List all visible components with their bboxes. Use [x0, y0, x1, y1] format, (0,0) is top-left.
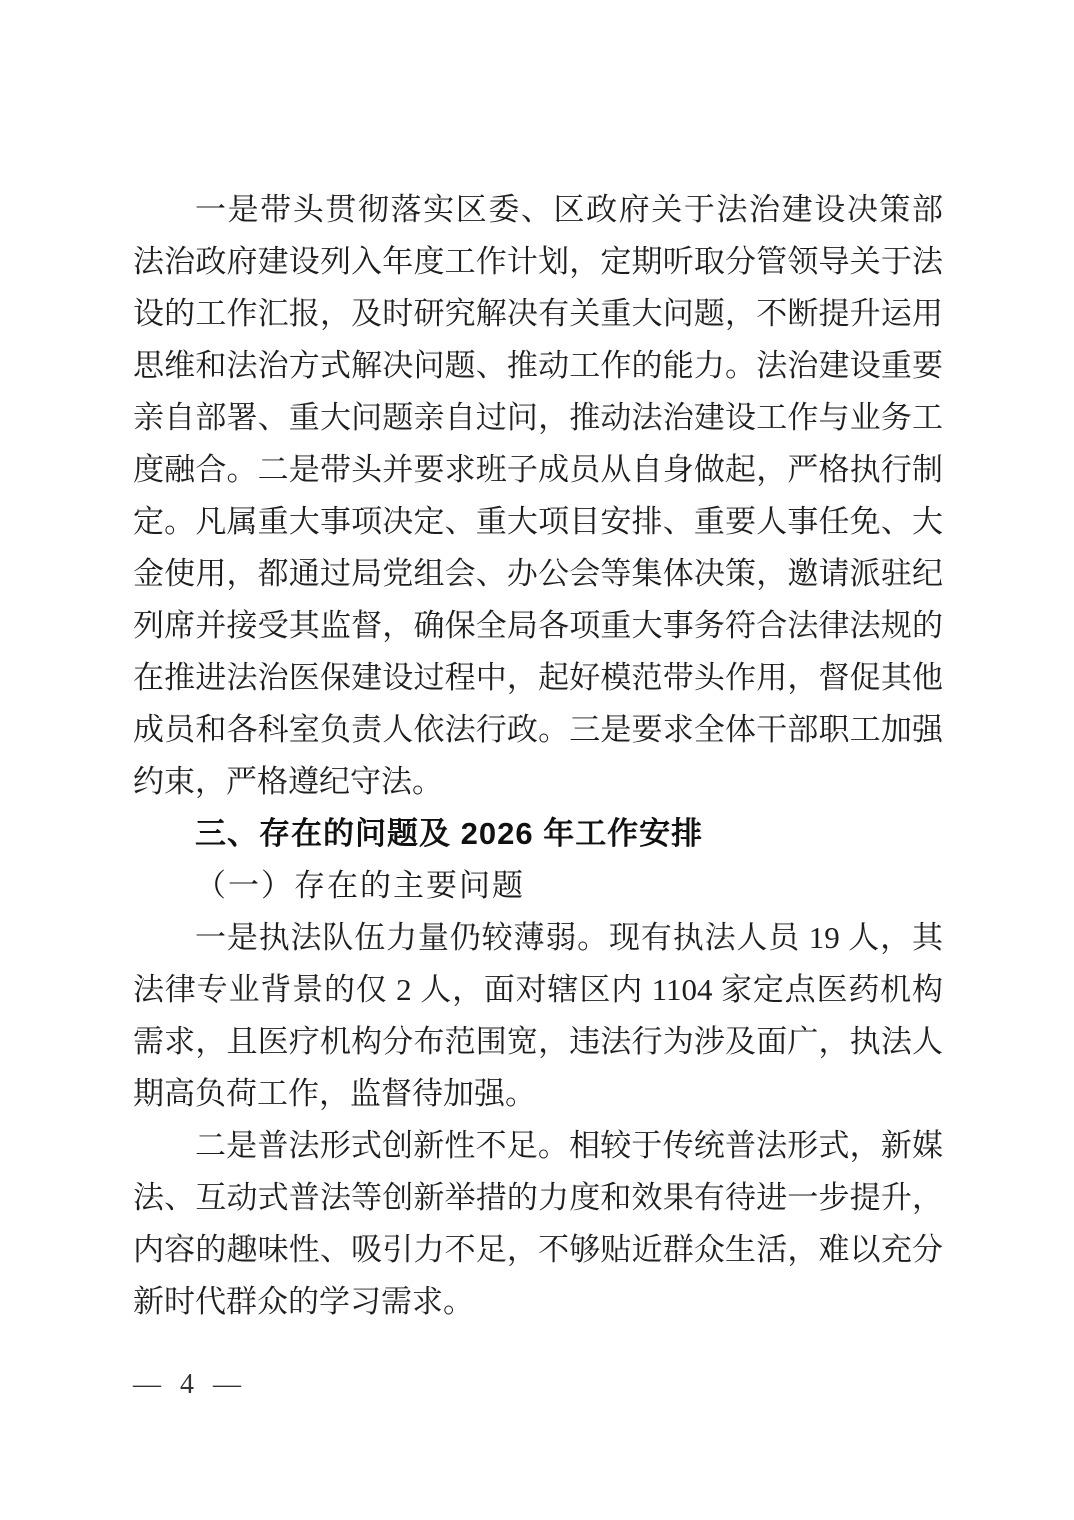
- heading2-text: （一）存在的主要问题: [133, 860, 943, 912]
- paragraph-line: 金使用，都通过局党组会、办公会等集体决策，邀请派驻纪检组: [133, 548, 943, 600]
- paragraph: 一是带头贯彻落实区委、区政府关于法治建设决策部署，将法治政府建设列入年度工作计划…: [133, 184, 943, 808]
- paragraph: 一是执法队伍力量仍较薄弱。现有执法人员 19 人，其中具有法律专业背景的仅 2 …: [133, 912, 943, 1120]
- paragraph-line: 期高负荷工作，监督待加强。: [133, 1068, 943, 1120]
- paragraph-line: 成员和各科室负责人依法行政。三是要求全体干部职工加强自我: [133, 704, 943, 756]
- paragraph-line: 一是执法队伍力量仍较薄弱。现有执法人员 19 人，其中具有: [133, 912, 943, 964]
- paragraph-line: 法律专业背景的仅 2 人，面对辖区内 1104 家定点医药机构的监管: [133, 964, 943, 1016]
- paragraph-line: 亲自部署、重大问题亲自过问，推动法治建设工作与业务工作深: [133, 392, 943, 444]
- page-number: — 4 —: [133, 1362, 247, 1408]
- paragraph-line: 二是普法形式创新性不足。相较于传统普法形式，新媒体普: [133, 1120, 943, 1172]
- paragraph-line: 定。凡属重大事项决定、重大项目安排、重要人事任免、大额资: [133, 496, 943, 548]
- paragraph-line: 新时代群众的学习需求。: [133, 1276, 943, 1328]
- document-page: 一是带头贯彻落实区委、区政府关于法治建设决策部署，将法治政府建设列入年度工作计划…: [0, 0, 1074, 1520]
- paragraph-line: 一是带头贯彻落实区委、区政府关于法治建设决策部署，将: [133, 184, 943, 236]
- paragraph-line: 法治政府建设列入年度工作计划，定期听取分管领导关于法治建: [133, 236, 943, 288]
- paragraph-line: 法、互动式普法等创新举措的力度和效果有待进一步提升，普法: [133, 1172, 943, 1224]
- document-body: 一是带头贯彻落实区委、区政府关于法治建设决策部署，将法治政府建设列入年度工作计划…: [133, 184, 943, 1328]
- heading1: 三、存在的问题及 2026 年工作安排: [133, 808, 943, 860]
- heading1-text: 三、存在的问题及 2026 年工作安排: [133, 808, 943, 860]
- heading2: （一）存在的主要问题: [133, 860, 943, 912]
- paragraph-line: 在推进法治医保建设过程中，起好模范带头作用，督促其他班子: [133, 652, 943, 704]
- paragraph-line: 度融合。二是带头并要求班子成员从自身做起，严格执行制度规: [133, 444, 943, 496]
- paragraph-line: 思维和法治方式解决问题、推动工作的能力。法治建设重要工作: [133, 340, 943, 392]
- paragraph-line: 约束，严格遵纪守法。: [133, 756, 943, 808]
- paragraph-line: 设的工作汇报，及时研究解决有关重大问题，不断提升运用法治: [133, 288, 943, 340]
- paragraph-line: 内容的趣味性、吸引力不足，不够贴近群众生活，难以充分适应: [133, 1224, 943, 1276]
- paragraph-line: 需求，且医疗机构分布范围宽，违法行为涉及面广，执法人员长: [133, 1016, 943, 1068]
- paragraph: 二是普法形式创新性不足。相较于传统普法形式，新媒体普法、互动式普法等创新举措的力…: [133, 1120, 943, 1328]
- paragraph-line: 列席并接受其监督，确保全局各项重大事务符合法律法规的要求。: [133, 600, 943, 652]
